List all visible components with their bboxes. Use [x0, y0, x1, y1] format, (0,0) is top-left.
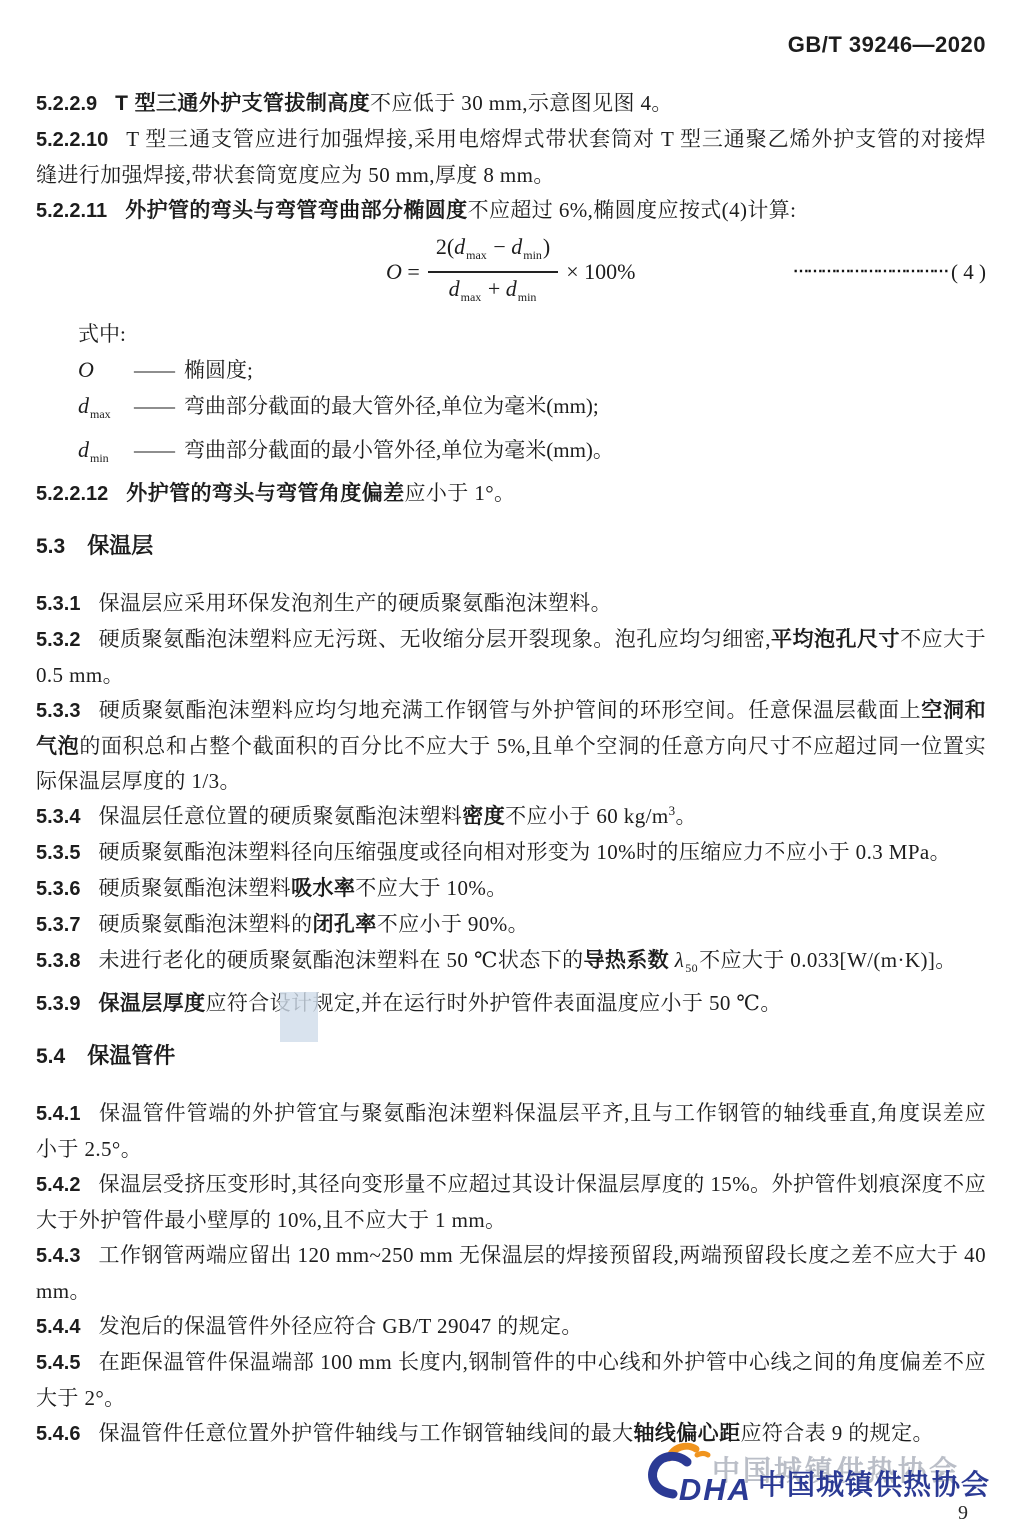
symbol-definition: dmax——弯曲部分截面的最大管外径,单位为毫米(mm); — [36, 388, 986, 432]
document-body: 5.2.2.9T 型三通外护支管拔制高度不应低于 30 mm,示意图见图 4。5… — [36, 86, 986, 1452]
text-segment: 外护管的弯头与弯管弯曲部分椭圆度 — [125, 199, 467, 222]
symbol: dmin — [78, 432, 134, 476]
clause-number: 5.4.4 — [36, 1316, 80, 1338]
definition-dash: —— — [134, 394, 174, 418]
text-segment: 不应小于 90%。 — [377, 912, 529, 936]
text-segment: 保温层受挤压变形时,其径向变形量不应超过其设计保温层厚度的 15%。外护管件划痕… — [36, 1172, 986, 1232]
text-segment: × 100% — [566, 259, 635, 284]
text-segment: d — [78, 437, 89, 462]
clause-5.4.3: 5.4.3工作钢管两端应留出 120 mm~250 mm 无保温层的焊接预留段,… — [36, 1238, 986, 1309]
fraction: 2(dmax − dmin)dmax + dmin — [428, 234, 558, 310]
clause-5.3.8: 5.3.8未进行老化的硬质聚氨酯泡沫塑料在 50 ℃状态下的导热系数 λ50不应… — [36, 943, 986, 986]
text-segment: 闭孔率 — [312, 913, 376, 936]
clause-5.4.5: 5.4.5在距保温管件保温端部 100 mm 长度内,钢制管件的中心线和外护管中… — [36, 1345, 986, 1416]
text-segment: 工作钢管两端应留出 120 mm~250 mm 无保温层的焊接预留段,两端预留段… — [36, 1243, 986, 1303]
clause-5.3.4: 5.3.4保温层任意位置的硬质聚氨酯泡沫塑料密度不应小于 60 kg/m3。 — [36, 799, 986, 835]
clause-5.2.2.12: 5.2.2.12外护管的弯头与弯管角度偏差应小于 1°。 — [36, 476, 986, 512]
text-segment: 弯曲部分截面的最大管外径,单位为毫米(mm); — [184, 394, 599, 418]
text-segment: max — [461, 290, 482, 304]
clause-number: 5.4.5 — [36, 1352, 80, 1374]
text-segment: T 型三通支管应进行加强焊接,采用电熔焊式带状套筒对 T 型三通聚乙烯外护支管的… — [36, 127, 986, 187]
text-segment: 保温层应采用环保发泡剂生产的硬质聚氨酯泡沫塑料。 — [98, 591, 612, 615]
text-segment: min — [523, 248, 542, 262]
text-segment: 不应大于 10%。 — [355, 876, 507, 900]
clause-number: 5.3.2 — [36, 629, 80, 651]
text-segment: λ — [669, 948, 684, 972]
clause-number: 5.4.3 — [36, 1245, 80, 1267]
text-segment: ) — [543, 234, 550, 259]
clause-number: 5.3.7 — [36, 914, 80, 936]
text-segment: 平均泡孔尺寸 — [771, 628, 900, 651]
section-heading-5.3: 5.3保温层 — [36, 528, 986, 564]
equation-4: O = 2(dmax − dmin)dmax + dmin × 100%⋯⋯⋯⋯… — [36, 234, 986, 310]
fraction-denominator: dmax + dmin — [428, 273, 558, 310]
text-segment: 的面积总和占整个截面积的百分比不应大于 5%,且单个空洞的任意方向尺寸不应超过同… — [36, 734, 986, 793]
clause-5.3.9: 5.3.9保温层厚度应符合设计规定,并在运行时外护管件表面温度应小于 50 ℃。 — [36, 986, 986, 1022]
clause-number: 5.2.2.12 — [36, 483, 108, 505]
text-segment: 导热系数 — [583, 949, 669, 972]
clause-number: 5.3.5 — [36, 842, 80, 864]
text-segment: 硬质聚氨酯泡沫塑料 — [98, 876, 291, 900]
clause-5.4.4: 5.4.4发泡后的保温管件外径应符合 GB/T 29047 的规定。 — [36, 1309, 986, 1345]
symbol: dmax — [78, 388, 134, 432]
section-title: 保温层 — [87, 533, 153, 558]
text-segment: 50 — [685, 961, 698, 975]
text-segment: max — [90, 407, 111, 421]
clause-number: 5.3.1 — [36, 593, 80, 615]
org-name-wrap: 中国城镇供热协会 中国城镇供热协会 — [758, 1470, 990, 1505]
text-segment: 保温管件管端的外护管宜与聚氨酯泡沫塑料保温层平齐,且与工作钢管的轴线垂直,角度误… — [36, 1101, 986, 1161]
text-segment: O — [78, 357, 94, 382]
clause-number: 5.3.3 — [36, 700, 80, 722]
text-segment: + — [482, 276, 505, 301]
clause-5.4.2: 5.4.2保温层受挤压变形时,其径向变形量不应超过其设计保温层厚度的 15%。外… — [36, 1167, 986, 1238]
scan-artifact — [280, 992, 318, 1042]
equation-number: ( 4 ) — [951, 259, 986, 285]
text-segment: − — [488, 234, 511, 259]
clause-5.3.3: 5.3.3硬质聚氨酯泡沫塑料应均匀地充满工作钢管与外护管间的环形空间。任意保温层… — [36, 693, 986, 799]
formula-rhs: × 100% — [566, 259, 635, 285]
symbol-definition: dmin——弯曲部分截面的最小管外径,单位为毫米(mm)。 — [36, 432, 986, 476]
text-segment: 未进行老化的硬质聚氨酯泡沫塑料在 50 ℃状态下的 — [98, 948, 583, 972]
cdha-logo: DHA 中国城镇供热协会 中国城镇供热协会 — [643, 1442, 990, 1505]
clause-5.2.2.10: 5.2.2.10T 型三通支管应进行加强焊接,采用电熔焊式带状套筒对 T 型三通… — [36, 122, 986, 193]
clause-number: 5.4.1 — [36, 1103, 80, 1125]
text-segment: 发泡后的保温管件外径应符合 GB/T 29047 的规定。 — [98, 1314, 582, 1338]
clause-5.3.6: 5.3.6硬质聚氨酯泡沫塑料吸水率不应大于 10%。 — [36, 871, 986, 907]
standard-number-header: GB/T 39246—2020 — [36, 30, 986, 60]
clause-5.3.1: 5.3.1保温层应采用环保发泡剂生产的硬质聚氨酯泡沫塑料。 — [36, 586, 986, 622]
definition-dash: —— — [134, 438, 174, 462]
where-label: 式中: — [36, 316, 986, 352]
clause-number: 5.2.2.9 — [36, 93, 97, 115]
section-heading-5.4: 5.4保温管件 — [36, 1038, 986, 1074]
text-segment: 不应小于 60 kg/m — [505, 804, 668, 828]
clause-number: 5.4.2 — [36, 1174, 80, 1196]
page-number: 9 — [958, 1502, 968, 1525]
clause-5.3.7: 5.3.7硬质聚氨酯泡沫塑料的闭孔率不应小于 90%。 — [36, 907, 986, 943]
text-segment: 应小于 1°。 — [405, 481, 516, 505]
clause-5.2.2.9: 5.2.2.9T 型三通外护支管拔制高度不应低于 30 mm,示意图见图 4。 — [36, 86, 986, 122]
text-segment: 不应低于 30 mm,示意图见图 4。 — [370, 91, 673, 115]
org-name: 中国城镇供热协会 — [758, 1469, 990, 1500]
text-segment: 保温层厚度 — [98, 992, 205, 1015]
text-segment: max — [466, 248, 487, 262]
text-segment: 吸水率 — [291, 877, 355, 900]
text-segment: 硬质聚氨酯泡沫塑料径向压缩强度或径向相对形变为 10%时的压缩应力不应小于 0.… — [98, 840, 951, 864]
text-segment: d — [449, 276, 460, 301]
equation-dots: ⋯⋯⋯⋯⋯⋯⋯⋯⋯⋯⋯ — [793, 259, 947, 285]
text-segment: min — [518, 290, 537, 304]
text-segment: T 型三通外护支管拔制高度 — [115, 92, 370, 115]
text-segment: = — [402, 259, 420, 284]
formula-lhs: O = — [386, 259, 420, 285]
text-segment: 2( — [436, 234, 454, 259]
section-number: 5.3 — [36, 535, 65, 558]
clause-number: 5.3.4 — [36, 806, 80, 828]
clause-5.2.2.11: 5.2.2.11外护管的弯头与弯管弯曲部分椭圆度不应超过 6%,椭圆度应按式(4… — [36, 193, 986, 229]
definition-dash: —— — [134, 358, 174, 382]
text-segment: d — [511, 234, 522, 259]
text-segment: d — [506, 276, 517, 301]
text-segment: 弯曲部分截面的最小管外径,单位为毫米(mm)。 — [184, 438, 614, 462]
text-segment: 式中: — [78, 322, 126, 346]
text-segment: d — [78, 393, 89, 418]
clause-number: 5.3.8 — [36, 950, 80, 972]
text-segment: 保温层任意位置的硬质聚氨酯泡沫塑料 — [98, 804, 462, 828]
text-segment: 密度 — [462, 805, 505, 828]
text-segment: min — [90, 451, 109, 465]
symbol: O — [78, 352, 134, 387]
document-page: GB/T 39246—2020 5.2.2.9T 型三通外护支管拔制高度不应低于… — [0, 0, 1020, 1527]
section-title: 保温管件 — [87, 1043, 175, 1068]
text-segment: 不应大于 0.033[W/(m·K)]。 — [699, 948, 957, 972]
fraction-numerator: 2(dmax − dmin) — [428, 234, 558, 273]
text-segment: 不应超过 6%,椭圆度应按式(4)计算: — [468, 198, 797, 222]
text-segment: 保温管件任意位置外护管件轴线与工作钢管轴线间的最大 — [98, 1421, 633, 1445]
clause-number: 5.2.2.11 — [36, 200, 107, 222]
section-number: 5.4 — [36, 1045, 65, 1068]
symbol-definition: O——椭圆度; — [36, 352, 986, 388]
text-segment: d — [454, 234, 465, 259]
text-segment: 硬质聚氨酯泡沫塑料的 — [98, 912, 312, 936]
clause-5.3.5: 5.3.5硬质聚氨酯泡沫塑料径向压缩强度或径向相对形变为 10%时的压缩应力不应… — [36, 835, 986, 871]
clause-number: 5.2.2.10 — [36, 129, 108, 151]
clause-5.3.2: 5.3.2硬质聚氨酯泡沫塑料应无污斑、无收缩分层开裂现象。泡孔应均匀细密,平均泡… — [36, 622, 986, 693]
clause-number: 5.3.9 — [36, 993, 80, 1015]
logo-mark-icon — [643, 1442, 717, 1505]
text-segment: 。 — [675, 804, 696, 828]
text-segment: 椭圆度; — [184, 358, 253, 382]
text-segment: 硬质聚氨酯泡沫塑料应无污斑、无收缩分层开裂现象。泡孔应均匀细密, — [98, 627, 770, 651]
clause-number: 5.4.6 — [36, 1423, 80, 1445]
clause-5.4.1: 5.4.1保温管件管端的外护管宜与聚氨酯泡沫塑料保温层平齐,且与工作钢管的轴线垂… — [36, 1096, 986, 1167]
text-segment: 外护管的弯头与弯管角度偏差 — [126, 482, 404, 505]
text-segment: 硬质聚氨酯泡沫塑料应均匀地充满工作钢管与外护管间的环形空间。任意保温层截面上 — [98, 698, 921, 722]
clause-number: 5.3.6 — [36, 878, 80, 900]
text-segment: 在距保温管件保温端部 100 mm 长度内,钢制管件的中心线和外护管中心线之间的… — [36, 1350, 986, 1410]
text-segment: O — [386, 259, 402, 284]
